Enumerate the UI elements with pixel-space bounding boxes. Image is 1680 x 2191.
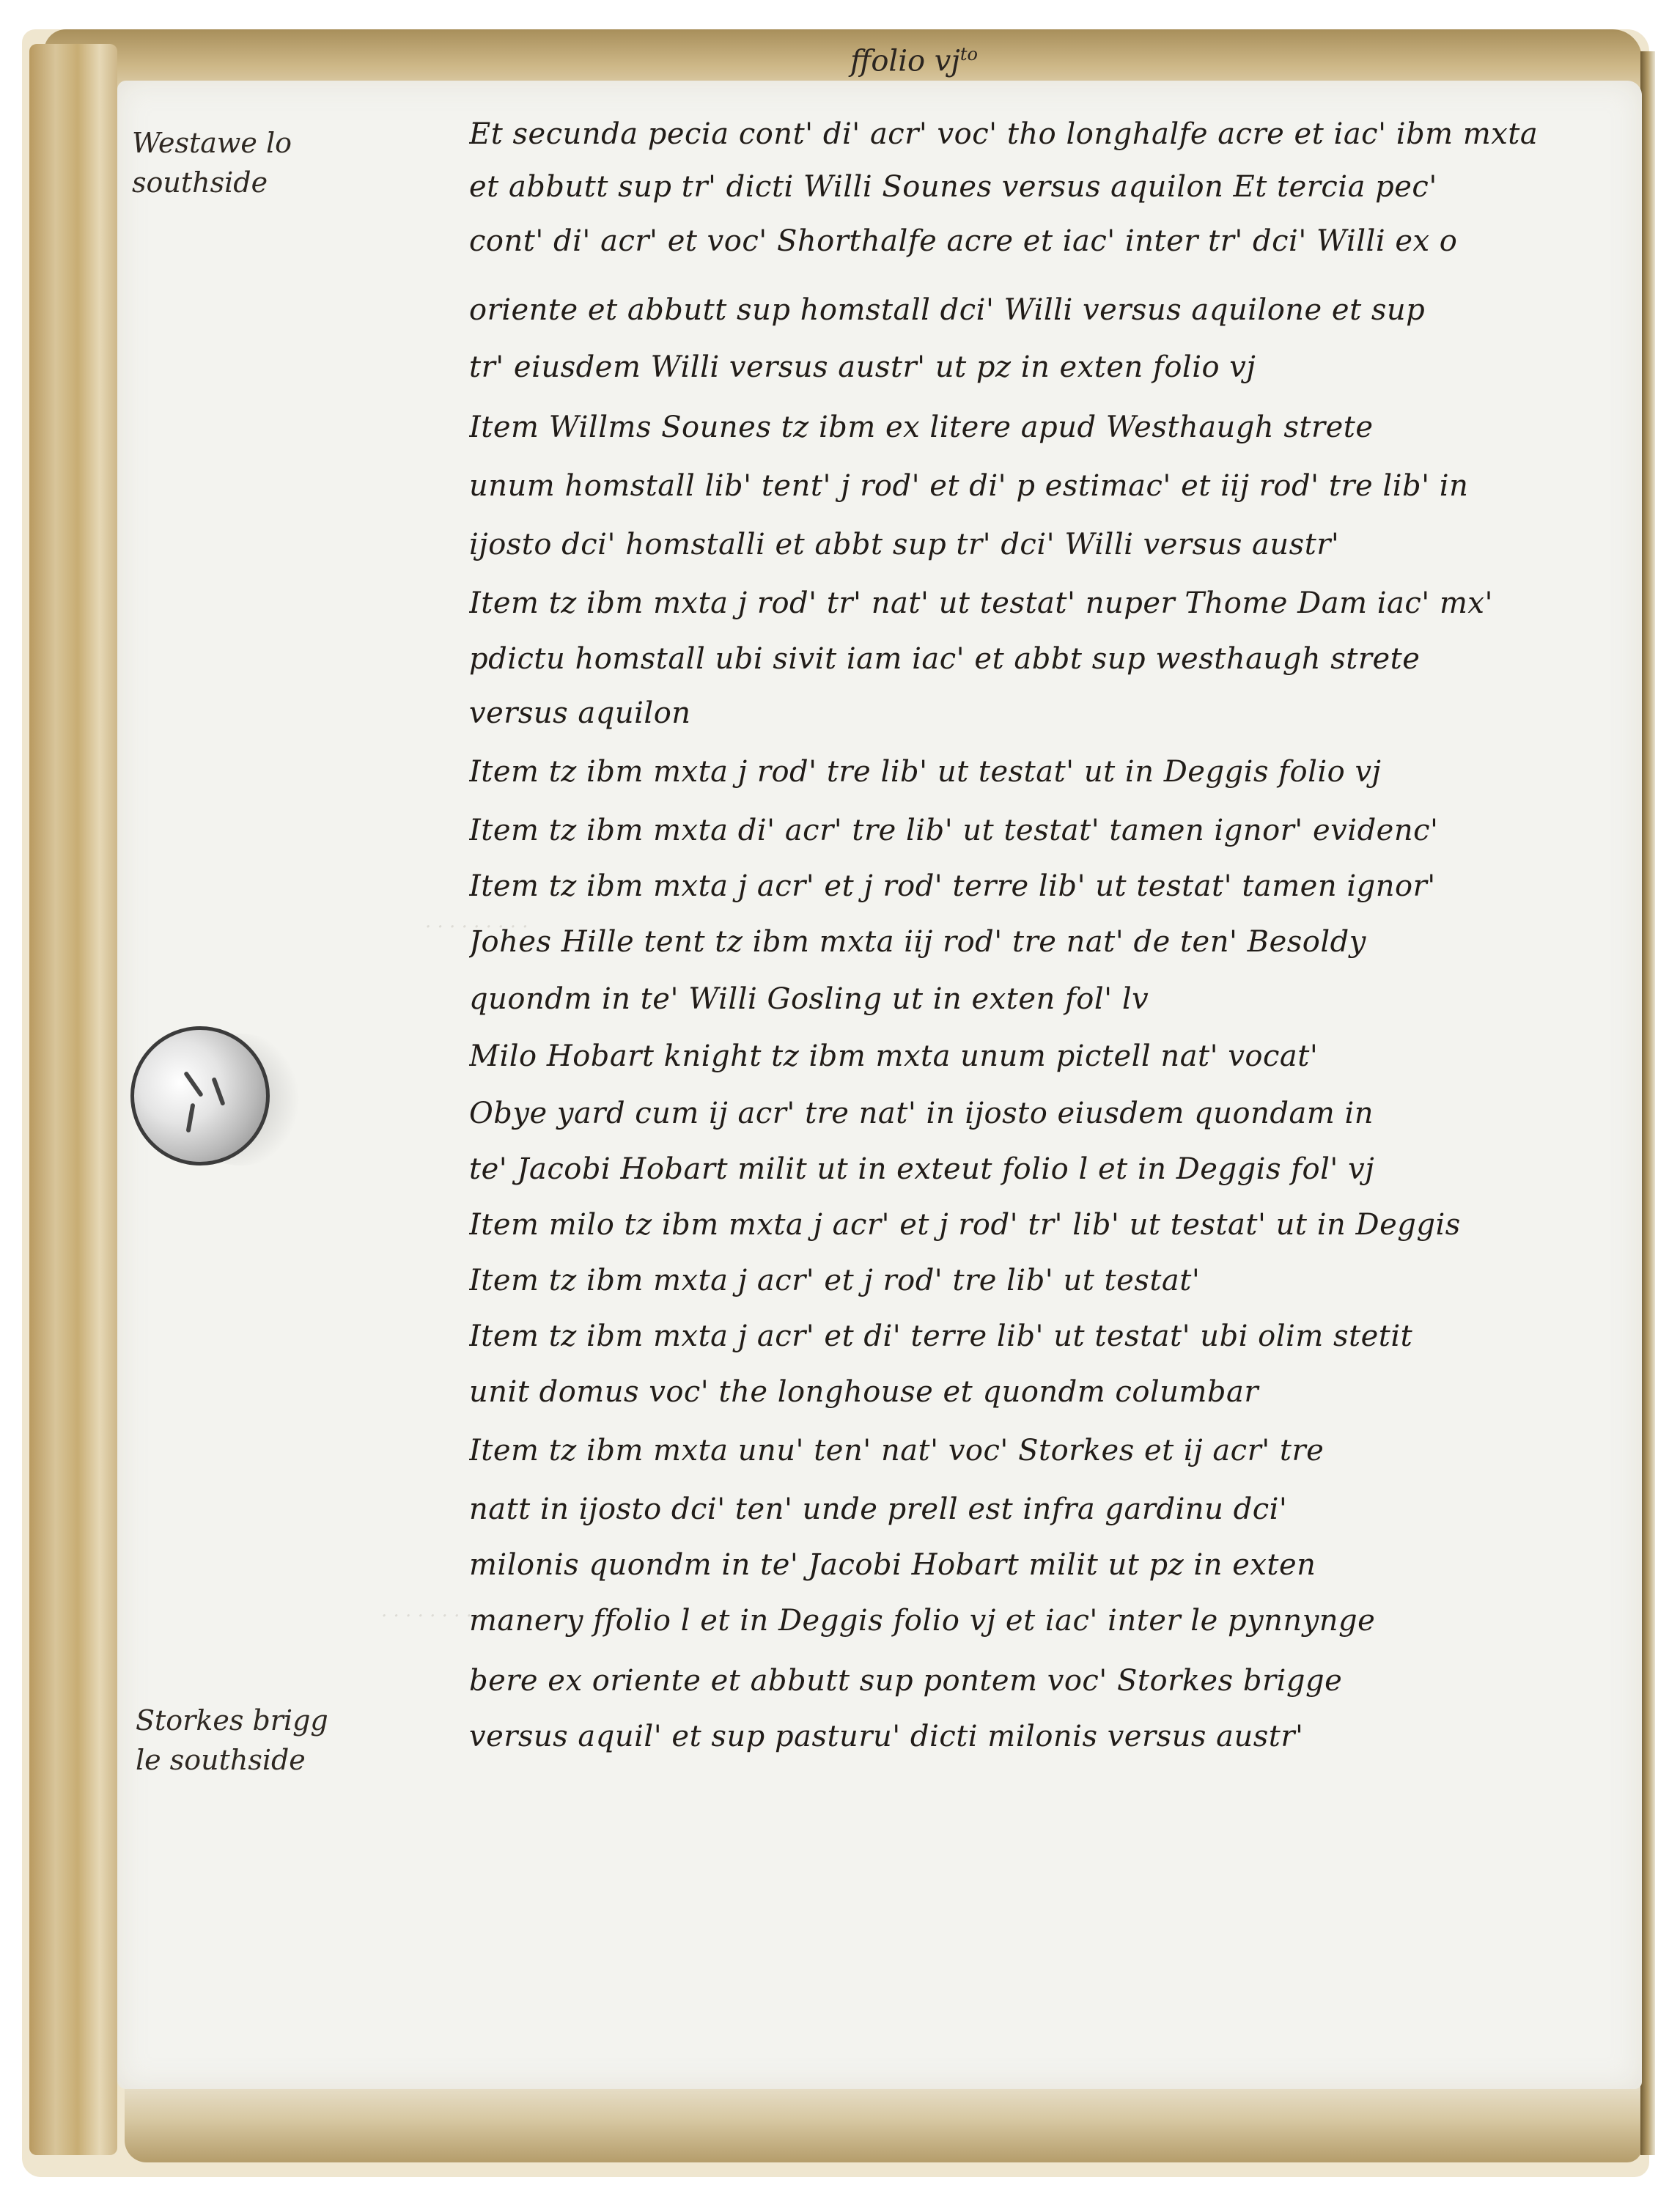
seal-mark bbox=[211, 1077, 225, 1106]
manuscript-line: cont' di' acr' et voc' Shorthalfe acre e… bbox=[469, 224, 1627, 258]
manuscript-line: bere ex oriente et abbutt sup pontem voc… bbox=[469, 1664, 1627, 1698]
manuscript-line: Item tz ibm mxta j acr' et di' terre lib… bbox=[469, 1319, 1627, 1353]
manuscript-line: versus aquilon bbox=[469, 696, 1627, 730]
manuscript-line: milonis quondm in te' Jacobi Hobart mili… bbox=[469, 1548, 1627, 1582]
manuscript-line: Milo Hobart knight tz ibm mxta unum pict… bbox=[469, 1039, 1627, 1073]
manuscript-line: pdictu homstall ubi sivit iam iac' et ab… bbox=[469, 642, 1627, 676]
margin-note-westawe: Westawe lo southside bbox=[132, 123, 292, 202]
manuscript-line: natt in ijosto dci' ten' unde prell est … bbox=[469, 1492, 1627, 1526]
folio-heading: ffolio vjto bbox=[850, 44, 978, 78]
manuscript-line: Item milo tz ibm mxta j acr' et j rod' t… bbox=[469, 1208, 1627, 1242]
manuscript-line: Item Willms Sounes tz ibm ex litere apud… bbox=[469, 410, 1627, 444]
manuscript-line: Et secunda pecia cont' di' acr' voc' tho… bbox=[469, 117, 1627, 151]
manuscript-line: oriente et abbutt sup homstall dci' Will… bbox=[469, 293, 1627, 327]
page-right-edge bbox=[1640, 51, 1655, 2155]
manuscript-line: Item tz ibm mxta j rod' tre lib' ut test… bbox=[469, 755, 1627, 789]
manuscript-line: et abbutt sup tr' dicti Willi Sounes ver… bbox=[469, 170, 1627, 204]
seal-mark bbox=[186, 1103, 196, 1133]
manuscript-line: unum homstall lib' tent' j rod' et di' p… bbox=[469, 469, 1627, 503]
manuscript-line: unit domus voc' the longhouse et quondm … bbox=[469, 1375, 1627, 1409]
manuscript-line: Item tz ibm mxta j acr' et j rod' tre li… bbox=[469, 1264, 1627, 1297]
seal-mark bbox=[183, 1071, 204, 1097]
margin-note-storkes-brigg: Storkes brigg le southside bbox=[136, 1701, 328, 1780]
folio-heading-sup: to bbox=[960, 44, 978, 65]
manuscript-line: Item tz ibm mxta j acr' et j rod' terre … bbox=[469, 869, 1627, 903]
manuscript-line: versus aquil' et sup pasturu' dicti milo… bbox=[469, 1720, 1627, 1753]
seal-icon bbox=[130, 1026, 270, 1166]
manuscript-line: Item tz ibm mxta di' acr' tre lib' ut te… bbox=[469, 814, 1627, 847]
manuscript-line: Item tz ibm mxta unu' ten' nat' voc' Sto… bbox=[469, 1434, 1627, 1468]
binding-strip bbox=[29, 44, 117, 2155]
manuscript-line: tr' eiusdem Willi versus austr' ut pz in… bbox=[469, 350, 1627, 384]
metal-seal bbox=[130, 1026, 299, 1173]
manuscript-line: quondm in te' Willi Gosling ut in exten … bbox=[469, 982, 1627, 1016]
manuscript-line: Johes Hille tent tz ibm mxta iij rod' tr… bbox=[469, 925, 1627, 959]
manuscript-line: Obye yard cum ij acr' tre nat' in ijosto… bbox=[469, 1097, 1627, 1130]
manuscript-line: ijosto dci' homstalli et abbt sup tr' dc… bbox=[469, 528, 1627, 561]
manuscript-line: Item tz ibm mxta j rod' tr' nat' ut test… bbox=[469, 586, 1627, 620]
folio-heading-text: ffolio vj bbox=[850, 44, 960, 78]
manuscript-line: manery ffolio l et in Deggis folio vj et… bbox=[469, 1604, 1627, 1638]
manuscript-line: te' Jacobi Hobart milit ut in exteut fol… bbox=[469, 1152, 1627, 1186]
